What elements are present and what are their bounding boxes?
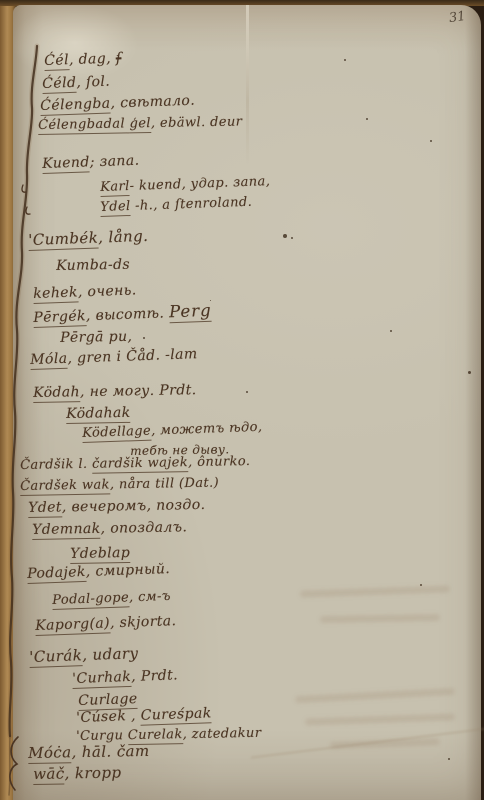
headword: Karl xyxy=(100,179,130,197)
manuscript-line: Ködah, не могу. Prdt. xyxy=(33,382,197,401)
manuscript-line: Kumba-ds xyxy=(56,257,130,274)
manuscript-line: Ćél, dag, ſ xyxy=(44,50,122,69)
manuscript-line: 'Curák, udary xyxy=(29,644,139,666)
paper-speck xyxy=(143,337,145,339)
paper-speck xyxy=(210,300,211,301)
gloss-text: , dag, xyxy=(69,51,116,69)
headword: Ydet xyxy=(28,499,62,518)
paper-speck xyxy=(430,140,432,142)
paper-speck xyxy=(366,118,368,120)
manuscript-line: Ydeblap xyxy=(70,545,130,562)
headword: Ćélengba xyxy=(40,96,111,116)
paper-speck xyxy=(344,59,346,61)
headword: Móċa xyxy=(28,743,72,764)
paper-speck xyxy=(291,237,293,239)
gloss-text: , ſol. xyxy=(76,74,110,91)
headword: Ćéld xyxy=(42,75,77,94)
torn-edge-line-lower xyxy=(9,736,10,795)
manuscript-line: wāč, kropp xyxy=(33,763,122,783)
gloss-text: , высотѣ. xyxy=(86,305,170,324)
headword: Ködahak xyxy=(66,405,131,424)
margin-brace xyxy=(10,737,18,790)
headword: Pērgék xyxy=(33,308,86,328)
folio-number: 31 xyxy=(448,9,466,26)
headword: kehek xyxy=(33,284,78,304)
headword: Ydel xyxy=(100,199,131,217)
headword: 'Curák xyxy=(29,646,83,668)
manuscript-line: 'Cúsek , Cureśpak xyxy=(76,705,212,726)
gloss-text: , zatedakur xyxy=(183,726,262,742)
headword: Podajek xyxy=(27,564,86,584)
gloss-text: , skjorta. xyxy=(110,613,177,631)
headword: Cureśpak xyxy=(140,705,211,725)
paper-speck xyxy=(246,391,248,393)
headword: wāč xyxy=(33,764,65,785)
headword: Ćélengbadal xyxy=(38,116,130,135)
gloss-text: , udary xyxy=(82,644,139,664)
gloss-text: , ônurko. xyxy=(188,454,251,470)
gloss-text: 'Cúsek , xyxy=(76,708,141,726)
gloss-text: , ebäwl. deur xyxy=(151,114,243,131)
headword: Ködellage xyxy=(82,424,151,443)
gloss-text: , смирный. xyxy=(85,561,170,580)
manuscript-line: Ydet, вечеромъ, поздо. xyxy=(28,497,206,516)
gloss-text: , очень. xyxy=(78,282,137,300)
manuscript-line: Ydemnak, опоздалъ. xyxy=(32,519,187,538)
gloss-text: , не могу. Prdt. xyxy=(80,382,197,400)
headword: Čardšek wak xyxy=(20,477,110,496)
headword: Ćél xyxy=(44,52,69,71)
headword: Kaporg(a) xyxy=(35,615,110,636)
gloss-text: Kumba-ds xyxy=(56,257,130,274)
manuscript-line: Ködahak xyxy=(66,405,131,422)
gloss-text: , см-ъ xyxy=(129,589,171,605)
gloss-text: , вечеромъ, поздо. xyxy=(62,497,206,516)
manuscript-line: Kuend; запа. xyxy=(42,153,140,172)
headword: Podal-gope xyxy=(52,590,129,610)
gloss-text: ; запа. xyxy=(89,153,139,171)
gloss-text: ſ xyxy=(116,50,122,66)
paper-speck xyxy=(390,330,392,332)
manuscript-photo: 31 Ćél, dag, ſĆéld, ſol.Ćélengba, свѣтал… xyxy=(0,0,484,800)
headword: Móla xyxy=(30,351,68,370)
gloss-text: , свѣтало. xyxy=(110,93,195,112)
headword: Ydemnak xyxy=(32,521,101,540)
headword: čardšik wajek xyxy=(92,455,188,474)
gloss-text: , nåra till (Dat.) xyxy=(110,476,219,493)
gloss-text: , Prdt. xyxy=(131,667,178,685)
headword: 'Cumbék xyxy=(28,229,99,251)
headword: 'Curhak xyxy=(72,669,132,689)
headword: Kuend xyxy=(42,154,90,174)
gloss-text: , kropp xyxy=(64,763,121,782)
headword: Ydeblap xyxy=(70,545,130,564)
manuscript-line: Móċa, hāl. čam xyxy=(28,742,150,762)
gloss-text: Čardšik l. xyxy=(20,457,92,473)
gloss-text: , hāl. čam xyxy=(71,742,149,761)
manuscript-line: Curlage xyxy=(78,691,138,709)
check-mark xyxy=(26,207,30,214)
headword: Ködah xyxy=(33,384,80,403)
manuscript-line: Pērgā pu, xyxy=(60,329,132,346)
paper-speck xyxy=(283,234,287,238)
paper-speck xyxy=(448,758,450,760)
gloss-text: Pērgā pu, xyxy=(60,329,132,346)
headword: ģel xyxy=(129,116,151,133)
paper-speck xyxy=(468,371,471,374)
gloss-text: , опоздалъ. xyxy=(100,519,187,537)
manuscript-line: Ćéld, ſol. xyxy=(42,74,110,92)
gloss-text: , lång. xyxy=(98,227,149,247)
headword: Perg xyxy=(169,301,212,323)
